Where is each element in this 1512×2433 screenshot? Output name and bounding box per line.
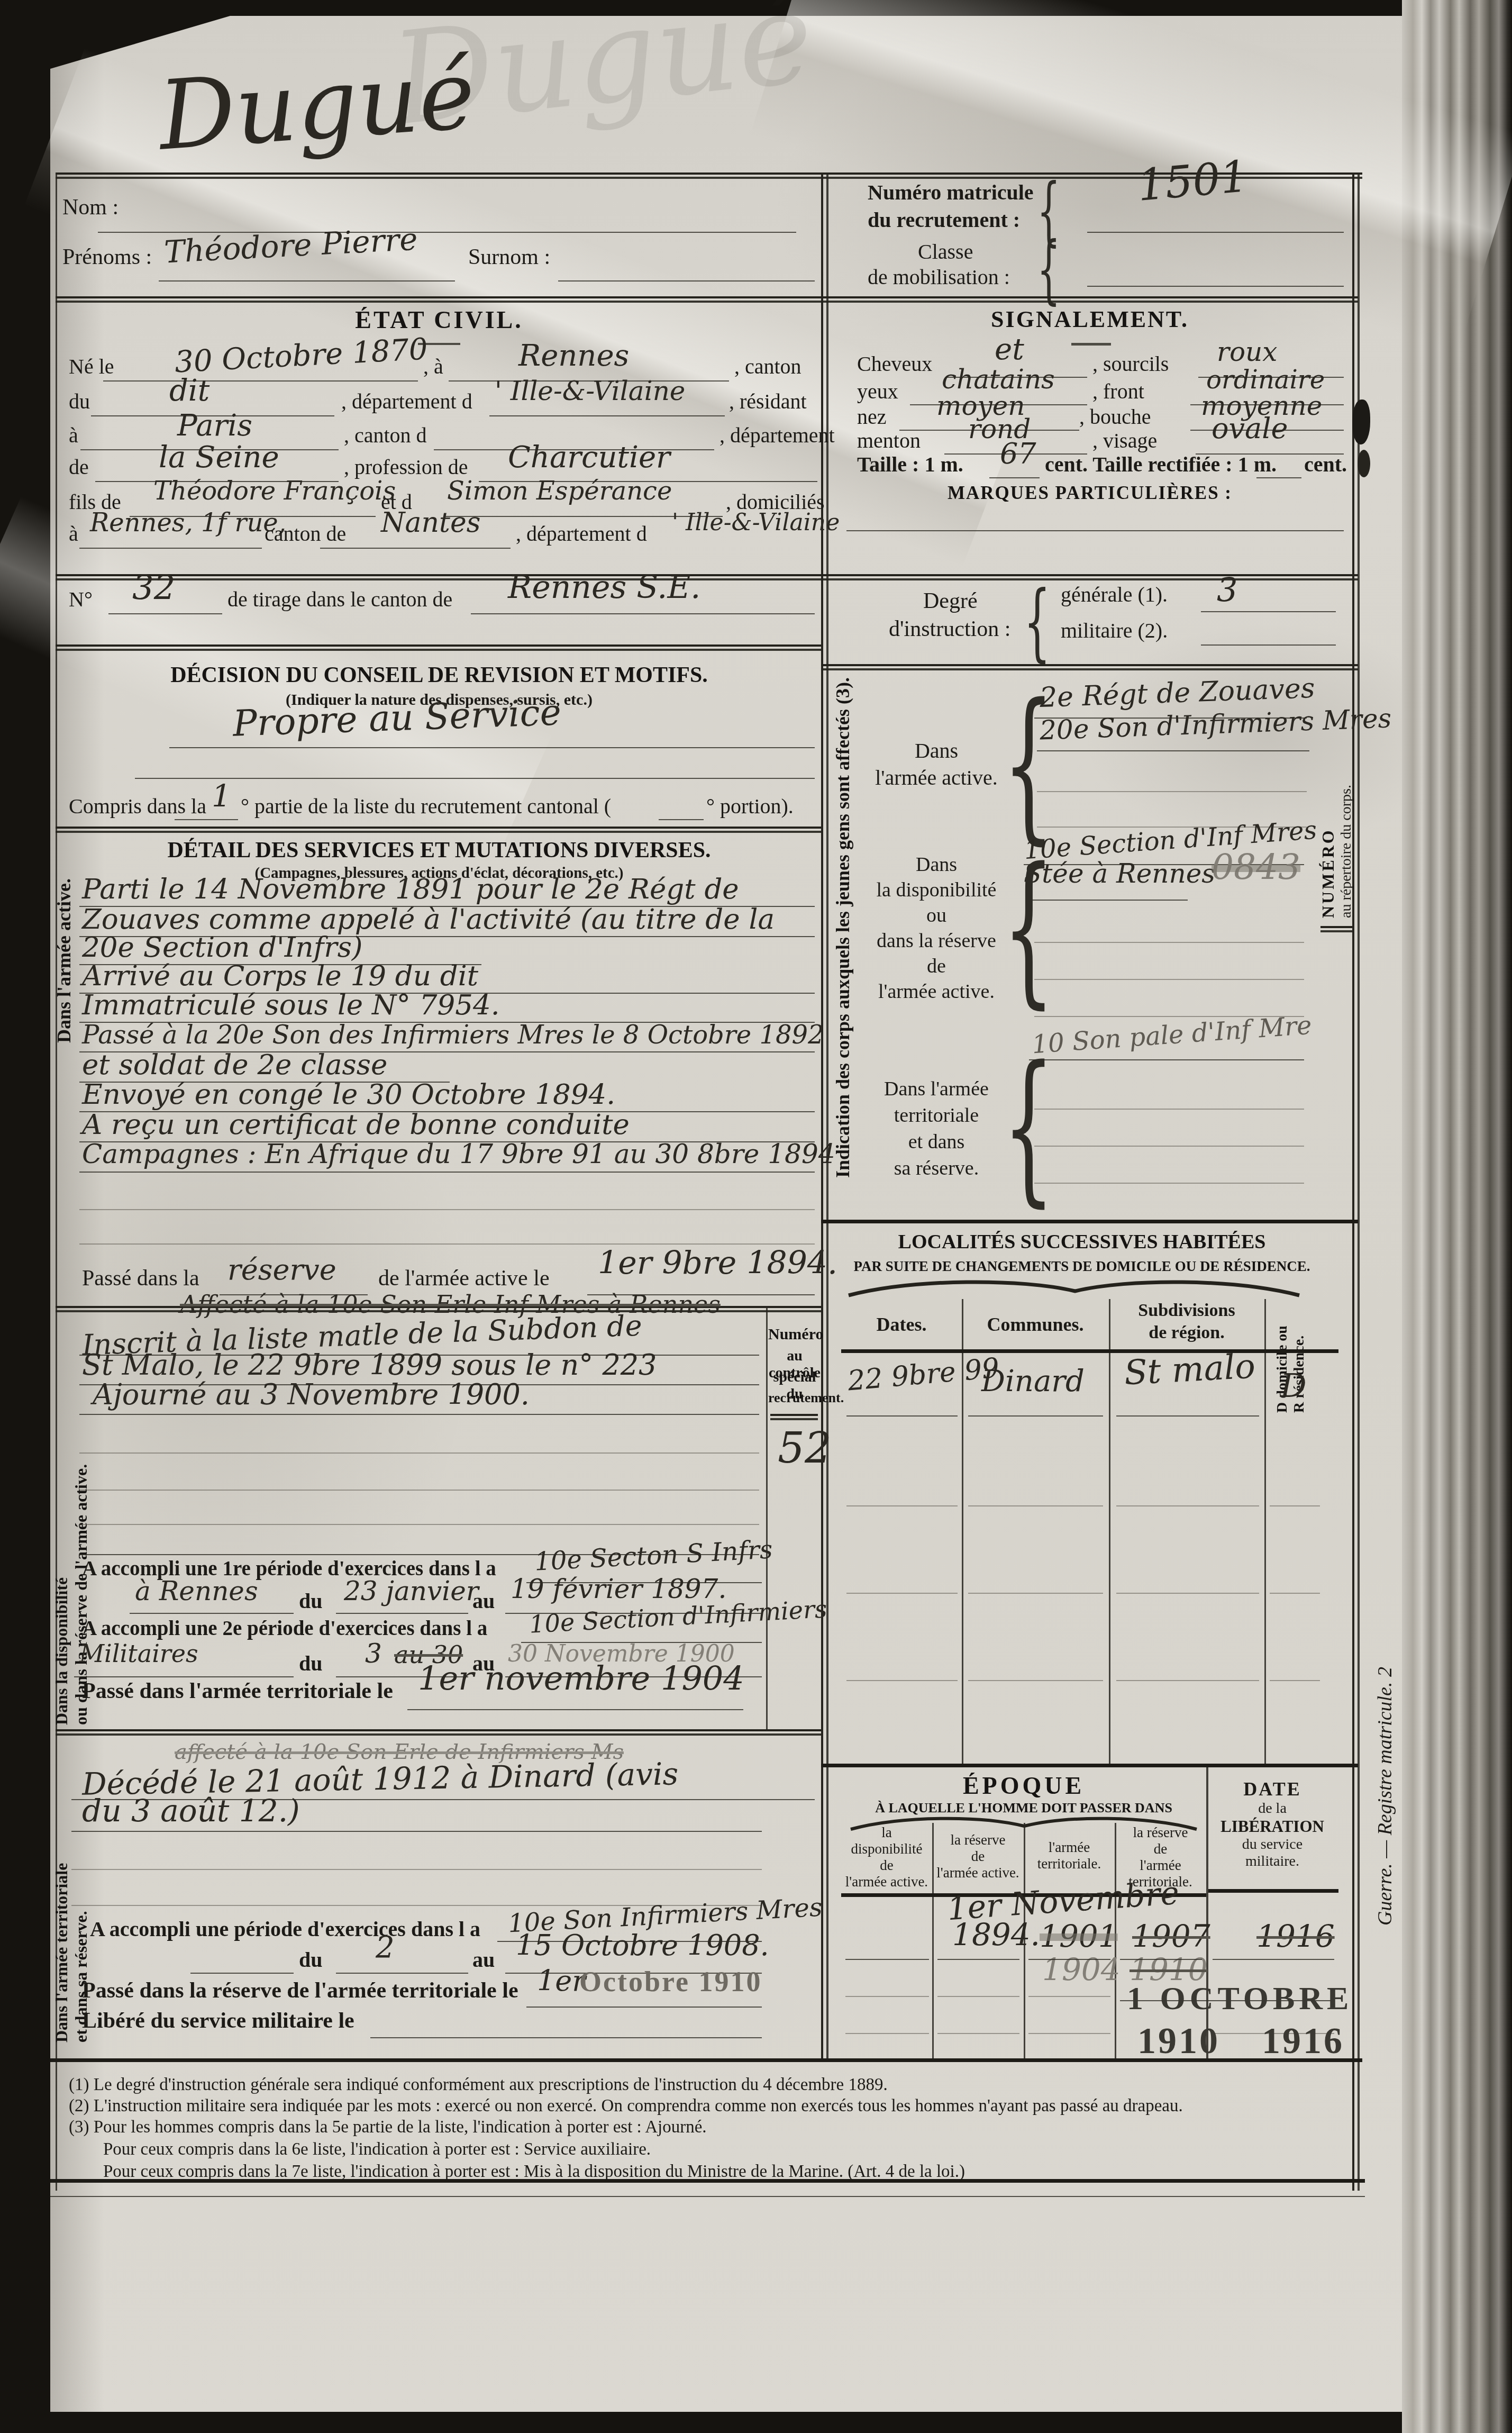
generale-value: 3 [1217, 570, 1237, 609]
epoque-title: ÉPOQUE [841, 1772, 1206, 1800]
dispo-label: Dans [878, 853, 995, 876]
rule [846, 1505, 958, 1506]
rule [766, 1306, 768, 1729]
rule [1034, 942, 1304, 943]
rule [79, 1209, 815, 1210]
rule [1028, 2033, 1110, 2034]
rule [1213, 1959, 1334, 1960]
service-line: Zouaves comme appelé à l'activité (au ti… [82, 903, 775, 936]
rule [1034, 1183, 1304, 1184]
rule [1034, 979, 1304, 980]
rule [1116, 1505, 1259, 1506]
epoque-col2-header: la réservedel'armée active. [932, 1832, 1024, 1881]
rule [1208, 1889, 1338, 1893]
service-line: Immatriculé sous le N° 7954. [82, 989, 500, 1021]
rule [821, 574, 1358, 576]
rule [175, 819, 238, 820]
passe-reserve-label: de l'armée active le [378, 1266, 550, 1291]
rule [846, 530, 1344, 531]
bouche-label: , bouche [1079, 404, 1151, 429]
terr-label: territoriale [862, 1104, 1010, 1127]
rule [846, 1415, 958, 1417]
armee-active-label: l'armée active. [868, 765, 1005, 790]
au-label: au [472, 1588, 495, 1613]
rule [526, 2007, 762, 2008]
passe-territoriale-label: Passé dans l'armée territoriale le [82, 1678, 393, 1704]
rule [968, 1680, 1103, 1681]
rule [79, 1414, 759, 1415]
footnote: Pour ceux compris dans la 7e liste, l'in… [103, 2162, 965, 2182]
rule [1029, 1059, 1304, 1060]
cent-label: cent. [1304, 452, 1347, 477]
rule [471, 613, 815, 614]
a-label: , à [423, 354, 443, 379]
brace: { [1003, 847, 1055, 1011]
rule [79, 1524, 759, 1525]
epoque-date-header: DATE de la LIBÉRATION du service militai… [1206, 1778, 1338, 1870]
tirage-canton-value: Rennes S.E. [508, 569, 700, 606]
rule [821, 1220, 1358, 1223]
periode-terr-label: A accompli une période d'exercices dans … [90, 1917, 480, 1941]
dispo-label: dans la réserve [862, 929, 1010, 952]
footnote: (1) Le degré d'instruction générale sera… [69, 2075, 888, 2095]
rule [56, 296, 1358, 298]
canton-de-label: canton de [265, 521, 346, 546]
rule [56, 827, 821, 829]
departement-label: , département d [516, 521, 647, 546]
terr-label: Dans l'armée [862, 1077, 1010, 1101]
au-label: au [472, 1947, 495, 1972]
corps-side-label: Indication des corps auxquels les jeunes… [832, 677, 854, 1212]
periode-terr-au: 15 Octobre 1908. [516, 1929, 769, 1962]
a-label: à [69, 521, 78, 546]
periode2-du: 3 [365, 1638, 382, 1669]
ink-blob [1352, 400, 1370, 444]
passe-reserve-label: Passé dans la [82, 1266, 199, 1291]
rule [968, 1593, 1103, 1594]
rule [1028, 1996, 1110, 1997]
rule [159, 280, 455, 282]
localite-dr: D [1280, 1366, 1307, 1405]
rule [659, 819, 704, 820]
rule [370, 2037, 762, 2038]
footnote: (2) L'instruction militaire sera indiqué… [69, 2096, 1183, 2116]
rule [489, 415, 725, 416]
side-label-armee-active: Dans l'armée active. [53, 878, 75, 1217]
rule [135, 778, 815, 779]
rule [336, 1973, 468, 1974]
rule [1037, 750, 1309, 751]
visage-label: , visage [1092, 428, 1157, 453]
col-communes: Communes. [962, 1313, 1109, 1336]
etat-civil-title: ÉTAT CIVIL. [69, 306, 809, 334]
de-label: de [69, 455, 89, 479]
a-label: à [69, 423, 78, 448]
service-line: Envoyé en congé le 30 Octobre 1894. [82, 1078, 615, 1111]
rule [821, 664, 1358, 666]
cheveux-value: et [995, 332, 1024, 367]
localite-commune: Dinard [981, 1364, 1085, 1399]
periode1-lieu: à Rennes [135, 1576, 258, 1606]
front-label: , front [1092, 379, 1144, 404]
rule [56, 1729, 821, 1731]
rule [932, 1823, 934, 2058]
rule [1028, 1959, 1110, 1960]
domicile-parents: Rennes, 1f rue, [90, 508, 286, 538]
epoque-1904-pencil: 1904 [1042, 1951, 1121, 1987]
decision-title: DÉCISION DU CONSEIL DE REVISION ET MOTIF… [69, 662, 809, 688]
rule [846, 1593, 958, 1594]
departement-parents: ' Ille-&-Vilaine [672, 509, 840, 536]
ne-le-label: Né le [69, 354, 114, 379]
dispo-label: la disponibilité [862, 878, 1010, 902]
du-label: du [299, 1651, 323, 1676]
departement-label: , département [719, 423, 835, 448]
rule [1201, 611, 1336, 612]
rule [50, 2196, 1365, 2197]
rule [821, 1764, 1358, 1767]
reserve-line: Ajourné au 3 Novembre 1900. [93, 1378, 530, 1411]
militaire-label: militaire (2). [1061, 618, 1168, 643]
service-line: Parti le 14 Novembre 1891 pour le 2e Rég… [82, 873, 739, 905]
name-signature: Dugué [155, 39, 478, 171]
col-subdivisions: de région. [1109, 1323, 1264, 1343]
rule [1087, 232, 1344, 233]
reserve-line: St Malo, le 22 9bre 1899 sous le n° 223 [82, 1348, 657, 1382]
rule [1034, 1109, 1304, 1110]
rule [103, 380, 418, 382]
nom-label: Nom : [62, 195, 119, 220]
departement-value: ' Ille-&-Vilaine [495, 376, 685, 406]
classe-label: de mobilisation : [868, 265, 1010, 289]
rule [79, 1452, 759, 1454]
rule [845, 1996, 929, 1997]
controle-label: Numéro [768, 1326, 821, 1343]
du-label: du [299, 1588, 323, 1613]
rule [937, 2033, 1019, 2034]
rule [79, 1490, 759, 1491]
profession-value: Charcutier [508, 440, 670, 475]
overbrace [846, 1276, 1301, 1297]
rule [846, 1680, 958, 1681]
col-subdivisions: Subdivisions [1109, 1301, 1264, 1321]
rule [1109, 1299, 1110, 1764]
rule [1270, 1505, 1320, 1506]
passe-res-terr-stamp: Octobre 1910 [579, 1965, 762, 1998]
armee-active-label: Dans [878, 738, 995, 763]
deces-line: du 3 août 12.) [82, 1793, 300, 1829]
prenoms-label: Prénoms : [62, 244, 152, 270]
residant-label: , résidant [729, 389, 807, 414]
classe-label: Classe [918, 239, 973, 264]
rule [937, 1959, 1019, 1960]
compris-label: ° partie de la liste du recrutement cant… [241, 794, 611, 819]
passe-res-terr-label: Passé dans la réserve de l'armée territo… [82, 1978, 518, 2003]
footnote: Pour ceux compris dans la 6e liste, l'in… [103, 2140, 651, 2159]
side-label-disponibilite: Dans la disponibilité ou dans la réserve… [52, 1386, 91, 1725]
rule [108, 613, 222, 614]
marques-label: MARQUES PARTICULIÈRES : [831, 483, 1349, 504]
rule [1256, 477, 1301, 478]
departement-label: , département d [341, 389, 472, 414]
controle-value: 52 [778, 1423, 832, 1473]
controle-label: recrutement. [768, 1390, 821, 1406]
compris-partie-value: 1 [212, 778, 231, 814]
rule [79, 1172, 815, 1173]
rule [1116, 1415, 1259, 1417]
dispo-label: de [878, 955, 995, 978]
rule [71, 1869, 762, 1870]
degre-label: d'instruction : [889, 616, 1010, 642]
rule [169, 747, 815, 748]
rule [320, 548, 511, 549]
yeux-label: yeux [857, 379, 898, 404]
taille-label: Taille : 1 m. [857, 452, 963, 477]
service-line: Arrivé au Corps le 19 du dit [82, 960, 478, 992]
rule [1264, 1299, 1266, 1764]
taille-rectifiee-label: cent. Taille rectifiée : 1 m. [1045, 452, 1277, 477]
epoque-col3-header: l'arméeterritoriale. [1024, 1839, 1115, 1872]
surnom-label: Surnom : [468, 244, 550, 270]
profession-label: , profession de [344, 455, 468, 479]
compris-label: Compris dans la [69, 794, 206, 819]
passe-res-terr-value: 1er [537, 1964, 586, 1998]
rule [1270, 1593, 1320, 1594]
corps-dispo-numero: 0843 [1212, 847, 1300, 887]
dispo-label: ou [878, 904, 995, 927]
rule [1352, 173, 1354, 2191]
rule [74, 1676, 294, 1677]
rule [1120, 1959, 1202, 1960]
terr-label: et dans [862, 1130, 1010, 1154]
rule [1201, 644, 1336, 646]
tirage-canton-label: de tirage dans le canton de [227, 587, 452, 612]
rule [1037, 791, 1307, 792]
stamp-1916: 1916 [1262, 2020, 1344, 2063]
numero-tirage-label: N° [69, 587, 93, 612]
passe-reserve-value: réserve [227, 1253, 336, 1286]
signalement-title: SIGNALEMENT. [831, 306, 1349, 333]
footnote: (3) Pour les hommes compris dans la 5e p… [69, 2118, 707, 2137]
rule [937, 1996, 1019, 1997]
service-line: Passé à la 20e Son des Infirmiers Mres l… [82, 1020, 824, 1050]
sourcils-label: , sourcils [1092, 351, 1169, 376]
matricule-label: Numéro matricule [868, 180, 1034, 205]
spine-label: Guerre. — Registre matricule. 2 [1373, 1667, 1397, 2196]
commune-naissance: Rennes [518, 339, 629, 373]
col-dates: Dates. [841, 1313, 962, 1336]
reserve-struck-line: Affecté à la 10e Son Erle Inf Mres à Ren… [180, 1290, 721, 1319]
rule [130, 1613, 294, 1614]
stamp-1-octobre: 1 OCTOBRE [1127, 1980, 1353, 2018]
rule [558, 280, 815, 282]
service-line: A reçu un certificat de bonne conduite [82, 1109, 630, 1141]
compris-label: ° portion). [706, 794, 794, 819]
dispo-label: l'armée active. [862, 980, 1010, 1003]
rule [1116, 1680, 1259, 1681]
rule [770, 1414, 818, 1416]
pere-value: Théodore François [153, 476, 396, 506]
periode2-label: A accompli une 2e période d'exercices da… [82, 1617, 487, 1640]
passe-reserve-date: 1er 9bre 1894. [598, 1245, 837, 1282]
rule [1087, 286, 1344, 287]
ink-blob [1358, 450, 1370, 477]
rule [56, 644, 821, 647]
periode-terr-du: 2 [376, 1930, 395, 1965]
rule [1270, 1680, 1320, 1681]
service-line: Campagnes : En Afrique du 17 9bre 91 au … [82, 1139, 835, 1169]
stamp-1910: 1910 [1137, 2020, 1220, 2063]
periode2-lieu: Militaires [79, 1639, 198, 1668]
dept-residence-value: la Seine [159, 440, 279, 475]
du-label: du [69, 389, 90, 414]
mere-value: Simon Espérance [447, 476, 672, 506]
periode1-du: 23 janvier [344, 1576, 479, 1606]
du-label: du [299, 1947, 323, 1972]
rule [1034, 1146, 1304, 1147]
canton-label: , canton [734, 354, 801, 379]
rule [190, 1973, 294, 1974]
canton-parents: Nantes [381, 507, 480, 539]
matricule-label: du recrutement : [868, 207, 1020, 232]
residence-value: Paris [177, 408, 252, 443]
rule [845, 1959, 929, 1960]
rule [79, 548, 262, 549]
service-line: 20e Section d'Infrs) [82, 931, 363, 964]
rule [989, 477, 1040, 478]
rule [821, 173, 823, 2058]
epoque-col1-header: ladisponibilitédel'armée active. [841, 1824, 932, 1890]
numero-tirage-value: 32 [132, 569, 175, 608]
rule [407, 1709, 743, 1710]
rule [1320, 926, 1352, 928]
localites-title: LOCALITÉS SUCCESSIVES HABITÉES [836, 1230, 1328, 1254]
generale-label: générale (1). [1061, 582, 1168, 607]
sourcils-value: roux [1217, 337, 1277, 367]
rule [845, 2033, 929, 2034]
visage-value: ovale [1212, 412, 1288, 445]
page-stack-edge [1402, 0, 1512, 2433]
degre-label: Degré [923, 588, 978, 614]
localite-subdivision: St malo [1123, 1347, 1256, 1393]
taille-value: 67 [1000, 437, 1036, 470]
cheveux-label: Cheveux [857, 351, 932, 376]
terr-label: sa réserve. [862, 1157, 1010, 1180]
localites-subtitle: PAR SUITE DE CHANGEMENTS DE DOMICILE OU … [836, 1258, 1328, 1275]
rule [841, 1349, 1338, 1353]
menton-label: menton [857, 428, 921, 453]
epoque-1907-struck: 1907 [1132, 1918, 1210, 1954]
brace: { [1037, 233, 1061, 307]
nez-label: nez [857, 404, 887, 429]
rule [71, 1831, 762, 1832]
service-line: et soldat de 2e classe [82, 1049, 387, 1081]
libere-label: Libéré du service militaire le [82, 2008, 354, 2033]
rule [336, 1613, 468, 1614]
rule [968, 1505, 1103, 1506]
rule [1116, 1593, 1259, 1594]
canton-d-label: , canton d [344, 423, 427, 448]
services-title: DÉTAIL DES SERVICES ET MUTATIONS DIVERSE… [69, 838, 809, 863]
epoque-1916-struck: 1916 [1256, 1918, 1335, 1954]
brace: { [1003, 1045, 1055, 1209]
periode1-au: 19 février 1897. [511, 1574, 726, 1604]
rule [1071, 343, 1111, 346]
matricule-value: 1501 [1135, 151, 1250, 211]
canton-value: dit [169, 374, 210, 408]
rule [968, 1415, 1103, 1417]
brace: { [1024, 579, 1051, 664]
register-scan: Dugué Dugué Nom : Prénoms : Théodore Pie… [0, 0, 1512, 2433]
epoque-1901-struck: 1901 [1040, 1918, 1118, 1954]
passe-territoriale-value: 1er novembre 1904 [418, 1659, 744, 1697]
